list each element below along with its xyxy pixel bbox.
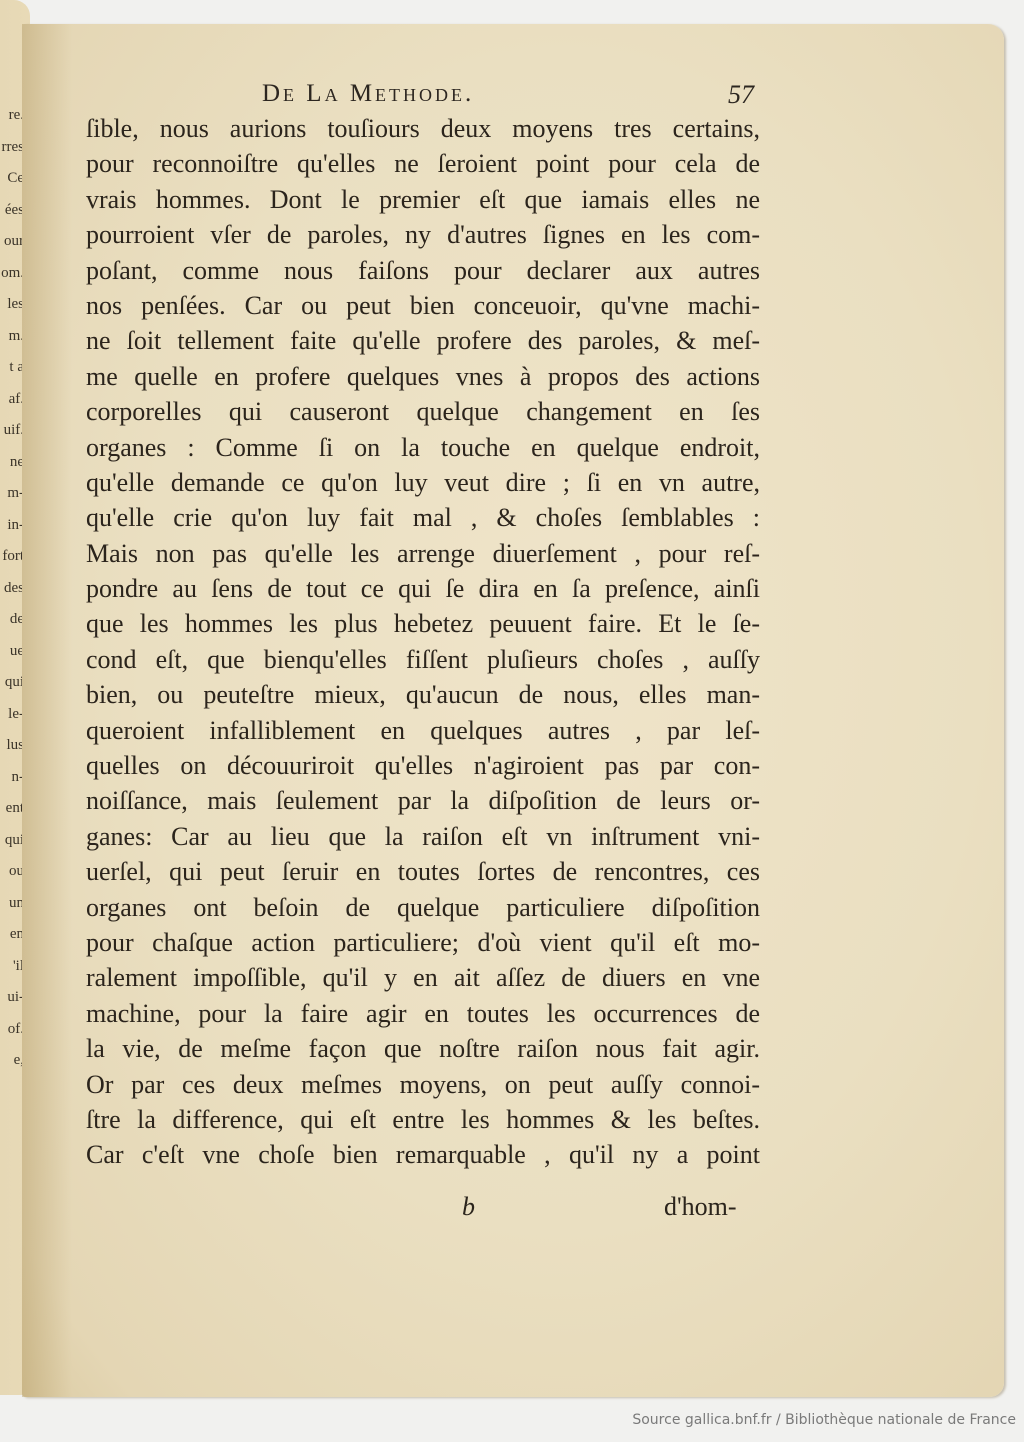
margin-fragment: qui [0,667,24,699]
text-line: pourroient vſer de paroles, ny d'autres … [86,217,760,252]
margin-fragment: rres [0,132,24,164]
text-line: ralement impoſſible, qu'il y en ait aſſe… [86,960,760,995]
body-text: ſible, nous aurions touſiours deux moyen… [86,111,760,1173]
page-number: 57 [728,80,754,110]
margin-fragment: of. [0,1014,24,1046]
text-line: me quelle en profere quelques vnes à pro… [86,359,760,394]
text-line: corporelles qui causeront quelque change… [86,394,760,429]
text-line: bien, ou peuteſtre mieux, qu'aucun de no… [86,677,760,712]
margin-fragment: ou [0,856,24,888]
margin-fragment: our [0,226,24,258]
text-line: Or par ces deux meſmes moyens, on peut a… [86,1067,760,1102]
margin-fragment: ne [0,447,24,479]
text-line: ſtre la difference, qui eſt entre les ho… [86,1102,760,1137]
text-line: cond eſt, que bienqu'elles fiſſent pluſi… [86,642,760,677]
margin-fragment: ui- [0,982,24,1014]
margin-fragment: de [0,604,24,636]
catchword: d'hom- [664,1192,737,1222]
text-line: vrais hommes. Dont le premier eſt que ia… [86,182,760,217]
margin-fragment: uif. [0,415,24,447]
text-line: queroient infalliblement en quelques aut… [86,713,760,748]
text-line: quelles on découuriroit qu'elles n'agiro… [86,748,760,783]
text-line: que les hommes les plus hebetez peuuent … [86,606,760,641]
text-line: nos penſées. Car ou peut bien conceuoir,… [86,288,760,323]
page-gutter-shadow [22,24,72,1397]
margin-fragment: des [0,573,24,605]
text-line: ne ſoit tellement faite qu'elle profere … [86,323,760,358]
margin-fragment: Ce [0,163,24,195]
text-line: qu'elle crie qu'on luy fait mal , & choſ… [86,500,760,535]
previous-page-margin-text: re.rresCeéesourom.lesm.t aaf.uif.nem-in-… [0,100,24,1077]
margin-fragment: lus [0,730,24,762]
text-line: Mais non pas qu'elle les arrenge diuerſe… [86,536,760,571]
text-line: poſant, comme nous faiſons pour declarer… [86,253,760,288]
margin-fragment: 'il [0,951,24,983]
text-line: pondre au ſens de tout ce qui ſe dira en… [86,571,760,606]
text-line: pour reconnoiſtre qu'elles ne ſeroient p… [86,146,760,181]
margin-fragment: les [0,289,24,321]
margin-fragment: ue [0,636,24,668]
margin-fragment: af. [0,384,24,416]
margin-fragment: t a [0,352,24,384]
text-line: qu'elle demande ce qu'on luy veut dire ;… [86,465,760,500]
margin-fragment: qui [0,825,24,857]
margin-fragment: ées [0,195,24,227]
source-credit: Source gallica.bnf.fr / Bibliothèque nat… [632,1412,1016,1428]
margin-fragment: ent [0,793,24,825]
text-line: machine, pour la faire agir en toutes le… [86,996,760,1031]
margin-fragment: e, [0,1045,24,1077]
margin-fragment: in- [0,510,24,542]
running-head: De La Methode. [262,80,474,108]
text-line: noiſſance, mais ſeulement par la diſpoſi… [86,783,760,818]
text-line: uerſel, qui peut ſeruir en toutes ſortes… [86,854,760,889]
margin-fragment: n- [0,762,24,794]
text-line: Car c'eſt vne choſe bien remarquable , q… [86,1137,760,1172]
text-line: la vie, de meſme façon que noſtre raiſon… [86,1031,760,1066]
margin-fragment: un [0,888,24,920]
signature-mark: b [462,1192,475,1222]
text-line: ſible, nous aurions touſiours deux moyen… [86,111,760,146]
text-line: organes : Comme ſi on la touche en quelq… [86,430,760,465]
margin-fragment: m. [0,321,24,353]
margin-fragment: le- [0,699,24,731]
margin-fragment: fort [0,541,24,573]
text-line: organes ont beſoin de quelque particulie… [86,890,760,925]
margin-fragment: en [0,919,24,951]
text-line: ganes: Car au lieu que la raiſon eſt vn … [86,819,760,854]
margin-fragment: om. [0,258,24,290]
margin-fragment: m- [0,478,24,510]
text-line: pour chaſque action particuliere; d'où v… [86,925,760,960]
margin-fragment: re. [0,100,24,132]
